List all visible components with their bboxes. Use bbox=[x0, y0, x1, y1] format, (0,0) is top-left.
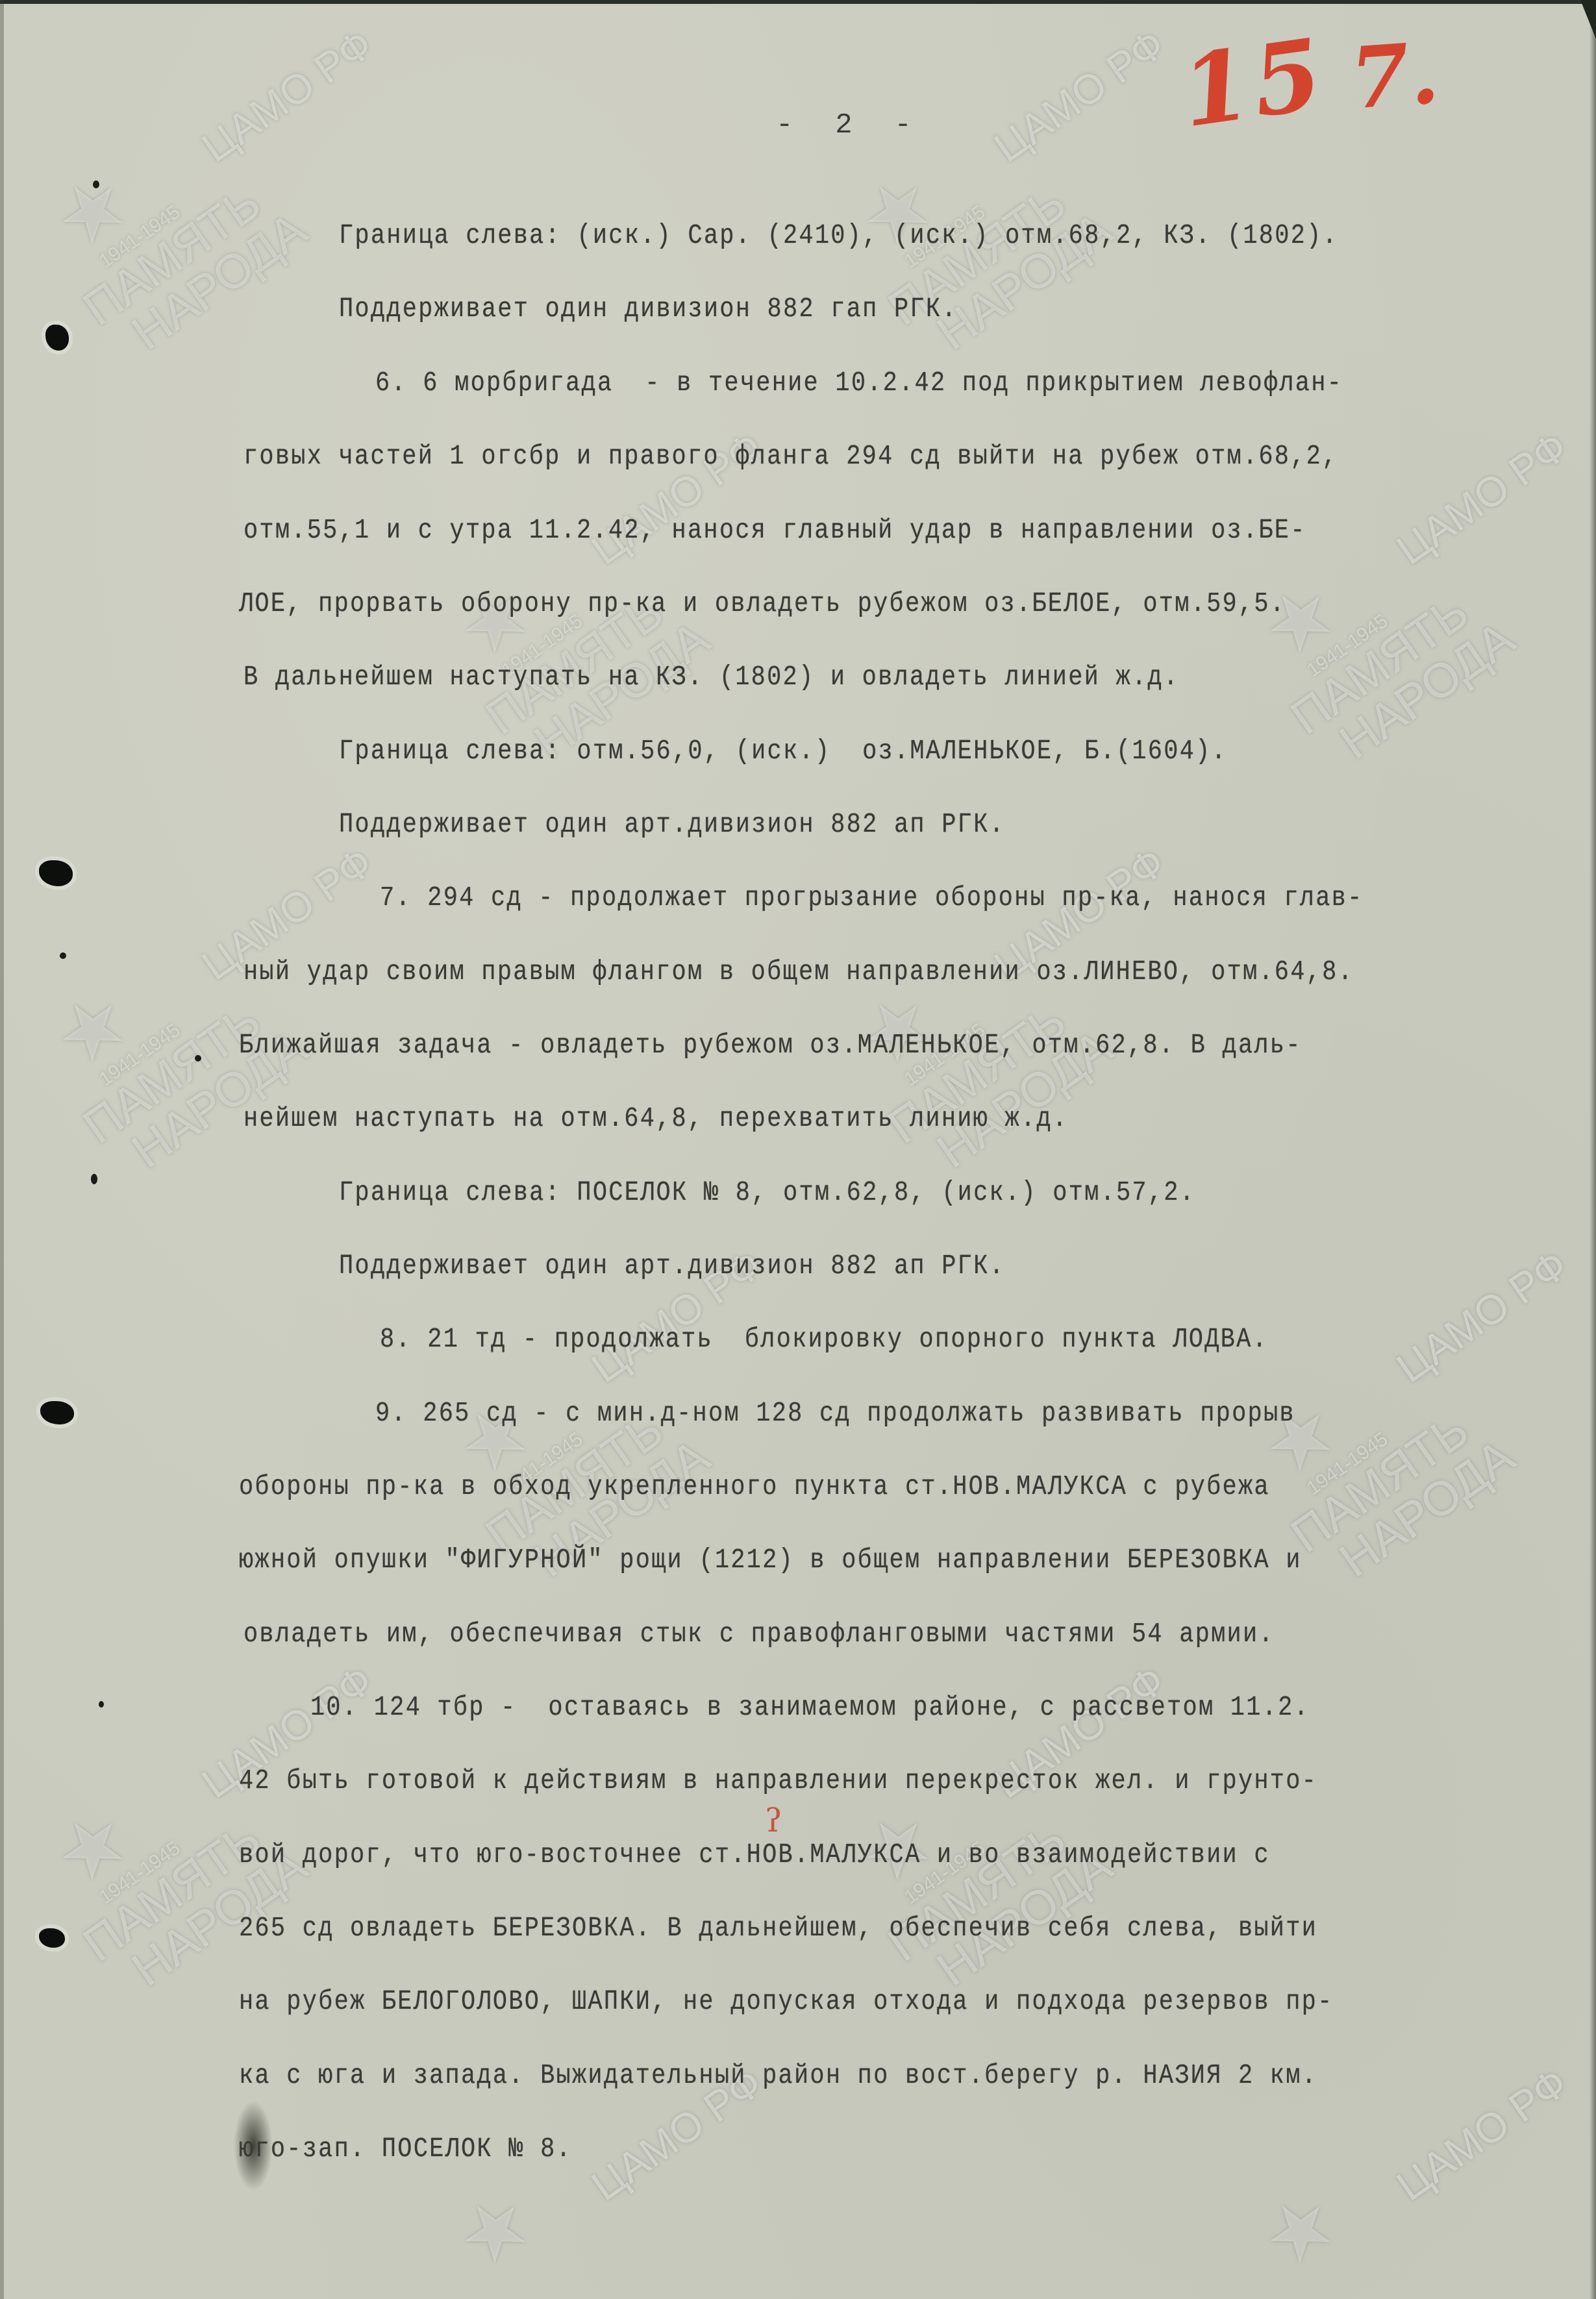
text-line: 42 быть готовой к действиям в направлени… bbox=[239, 1765, 1317, 1796]
text-line: обороны пр-ка в обход укрепленного пункт… bbox=[239, 1471, 1270, 1502]
watermark-camo: ЦАМО РФ bbox=[1388, 1240, 1576, 1392]
text-line: 10. 124 тбр - оставаясь в занимаемом рай… bbox=[310, 1691, 1310, 1723]
document-page: ЦАМО РФ ЦАМО РФ ЦАМО РФ ЦАМО РФ ЦАМО РФ … bbox=[0, 0, 1596, 2299]
corner-fold bbox=[1580, 0, 1596, 39]
text-line: Поддерживает один арт.дивизион 882 ап РГ… bbox=[339, 808, 1005, 840]
text-line: южной опушки "ФИГУРНОЙ" рощи (1212) в об… bbox=[239, 1544, 1302, 1576]
binding-hole bbox=[39, 860, 73, 886]
text-line: ка с юга и запада. Выжидательный район п… bbox=[239, 2059, 1317, 2091]
scan-border-top bbox=[0, 0, 1596, 4]
star-icon: ★ bbox=[41, 86, 248, 264]
pin-hole bbox=[99, 1701, 104, 1708]
handwritten-sheet-number: 15 bbox=[1175, 16, 1332, 149]
text-line: юго-зап. ПОСЕЛОК № 8. bbox=[239, 2133, 572, 2165]
text-line: 9. 265 сд - с мин.д-ном 128 сд продолжат… bbox=[375, 1397, 1295, 1429]
text-line: ЛОЕ, прорвать оборону пр-ка и овладеть р… bbox=[239, 588, 1286, 619]
binding-hole bbox=[40, 1401, 74, 1424]
text-line: Граница слева: ПОСЕЛОК № 8, отм.62,8, (и… bbox=[339, 1176, 1195, 1208]
text-line: Граница слева: отм.56,0, (иск.) оз.МАЛЕН… bbox=[339, 735, 1227, 767]
binding-hole bbox=[39, 1928, 65, 1948]
text-line: Поддерживает один арт.дивизион 882 ап РГ… bbox=[339, 1250, 1005, 1282]
star-icon: ★ bbox=[443, 2178, 545, 2282]
pin-hole bbox=[91, 1174, 97, 1184]
text-line: В дальнейшем наступать на КЗ. (1802) и о… bbox=[243, 661, 1179, 693]
page-number: - 2 - bbox=[776, 109, 914, 142]
pin-hole bbox=[93, 180, 99, 188]
star-icon: ★ bbox=[41, 904, 248, 1082]
text-line: 265 сд овладеть БЕРЕЗОВКА. В дальнейшем,… bbox=[239, 1912, 1317, 1944]
text-line: на рубеж БЕЛОГОЛОВО, ШАПКИ, не допуская … bbox=[239, 1985, 1334, 2017]
text-line: отм.55,1 и с утра 11.2.42, нанося главны… bbox=[243, 514, 1306, 546]
watermark-camo: ЦАМО РФ bbox=[1388, 2058, 1576, 2210]
watermark-camo: ЦАМО РФ bbox=[986, 19, 1173, 171]
text-line: 6. 6 морбригада - в течение 10.2.42 под … bbox=[375, 367, 1343, 399]
handwritten-mark: 7. bbox=[1347, 23, 1442, 128]
text-line: Поддерживает один дивизион 882 гап РГК. bbox=[339, 293, 958, 325]
watermark-camo: ЦАМО РФ bbox=[193, 19, 381, 171]
text-line: 7. 294 сд - продолжает прогрызание оборо… bbox=[380, 882, 1364, 913]
watermark-pamyat-naroda: ★ bbox=[1227, 2178, 1351, 2297]
watermark-camo: ЦАМО РФ bbox=[1388, 422, 1576, 574]
text-line: говых частей 1 огсбр и правого фланга 29… bbox=[243, 440, 1338, 472]
star-icon: ★ bbox=[846, 1722, 1053, 1900]
scan-border-left bbox=[0, 0, 4, 2299]
pin-hole bbox=[195, 1055, 201, 1062]
pin-hole bbox=[60, 952, 66, 959]
text-line: нейшем наступать на отм.64,8, перехватит… bbox=[243, 1102, 1068, 1134]
star-icon: ★ bbox=[1249, 2178, 1351, 2282]
text-line: Граница слева: (иск.) Сар. (2410), (иск.… bbox=[339, 219, 1338, 251]
red-pencil-mark: ʔ bbox=[765, 1802, 782, 1839]
text-line: овладеть им, обеспечивая стык с правофла… bbox=[243, 1618, 1275, 1650]
text-line: вой дорог, что юго-восточнее ст.НОВ.МАЛУ… bbox=[239, 1839, 1270, 1870]
star-icon: ★ bbox=[41, 1722, 248, 1900]
scan-border-right bbox=[1590, 0, 1596, 2299]
binding-hole bbox=[45, 325, 69, 351]
watermark-pamyat-naroda: ★ bbox=[422, 2178, 545, 2297]
text-line: Ближайшая задача - овладеть рубежом оз.М… bbox=[239, 1029, 1302, 1061]
text-line: ный удар своим правым флангом в общем на… bbox=[243, 956, 1354, 988]
text-line: 8. 21 тд - продолжать блокировку опорног… bbox=[380, 1323, 1268, 1355]
